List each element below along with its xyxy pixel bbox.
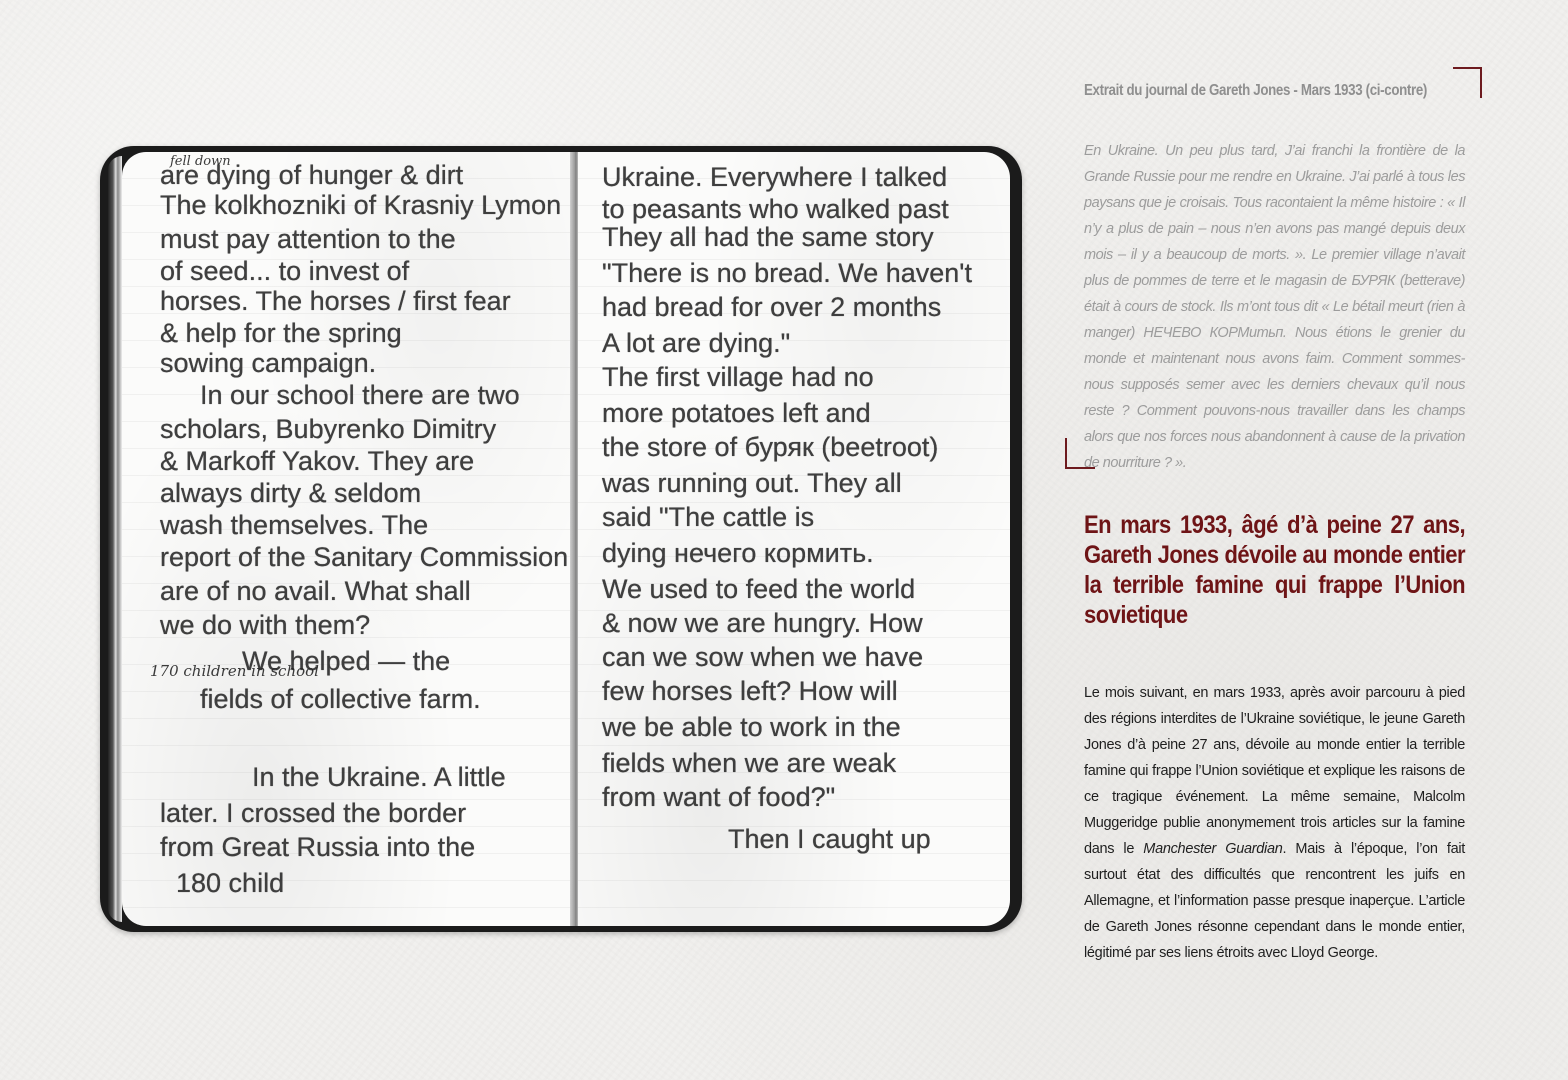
handwritten-line: sowing campaign. — [122, 348, 574, 379]
handwritten-line: are of no avail. What shall — [122, 576, 574, 607]
handwritten-line: we be able to work in the — [578, 712, 1010, 743]
handwritten-line: Ukraine. Everywhere I talked — [578, 162, 1010, 193]
handwritten-line: of seed... to invest of — [122, 256, 574, 287]
handwritten-line: can we sow when we have — [578, 642, 1010, 673]
handwritten-line: The first village had no — [578, 362, 1010, 393]
handwritten-line: always dirty & seldom — [122, 478, 574, 509]
handwritten-line: from want of food?" — [578, 782, 1010, 813]
handwritten-line: dying нечего кормить. — [578, 538, 1010, 569]
handwritten-line: In the Ukraine. A little — [122, 762, 574, 793]
newspaper-title: Manchester Guardian — [1143, 841, 1282, 857]
handwritten-line: wash themselves. The — [122, 510, 574, 541]
handwritten-line: few horses left? How will — [578, 676, 1010, 707]
journal-quote-text: En Ukraine. Un peu plus tard, J’ai franc… — [1084, 138, 1465, 476]
handwritten-line: to peasants who walked past — [578, 194, 1010, 225]
handwritten-line: was running out. They all — [578, 468, 1010, 499]
handwritten-line: They all had the same story — [578, 222, 1010, 253]
handwritten-line: we do with them? — [122, 610, 574, 641]
handwritten-line: later. I crossed the border — [122, 798, 574, 829]
article-headline: En mars 1933, âgé d’à peine 27 ans, Gare… — [1084, 510, 1465, 630]
notebook-page-edges — [108, 156, 122, 922]
handwritten-line: said "The cattle is — [578, 502, 1010, 533]
handwritten-line: A lot are dying." — [578, 328, 1010, 359]
handwritten-line: & now we are hungry. How — [578, 608, 1010, 639]
article-body-part2: . Mais à l’époque, l’on fait surtout éta… — [1084, 841, 1465, 961]
handwritten-line: are dying of hunger & dirt — [122, 160, 574, 191]
handwritten-line: We used to feed the world — [578, 574, 1010, 605]
handwritten-line: had bread for over 2 months — [578, 292, 1010, 323]
handwritten-line: The kolkhozniki of Krasniy Lymon — [122, 190, 574, 221]
article-body-part1: Le mois suivant, en mars 1933, après avo… — [1084, 685, 1465, 857]
handwritten-line: report of the Sanitary Commission — [122, 542, 574, 573]
handwritten-line: & help for the spring — [122, 318, 574, 349]
journal-quote: En Ukraine. Un peu plus tard, J’ai franc… — [1084, 138, 1465, 476]
handwritten-line: the store of буряк (beetroot) — [578, 432, 1010, 463]
excerpt-caption: Extrait du journal de Gareth Jones - Mar… — [1084, 82, 1411, 100]
handwritten-line: more potatoes left and — [578, 398, 1010, 429]
handwritten-line: In our school there are two — [122, 380, 574, 411]
handwritten-line: 180 child — [122, 868, 574, 899]
corner-bracket-bottom-left — [1065, 438, 1095, 469]
handwritten-line: fields of collective farm. — [122, 684, 574, 715]
handwritten-line: & Markoff Yakov. They are — [122, 446, 574, 477]
corner-bracket-top-right — [1453, 67, 1482, 98]
handwritten-line: Then I caught up — [578, 824, 1010, 855]
notebook-right-page: Ukraine. Everywhere I talked to peasants… — [578, 152, 1010, 926]
notebook-left-page: fell down are dying of hunger & dirt The… — [122, 152, 574, 926]
handwritten-line: must pay attention to the — [122, 224, 574, 255]
article-body: Le mois suivant, en mars 1933, après avo… — [1084, 680, 1465, 966]
handwritten-line: fields when we are weak — [578, 748, 1010, 779]
handwritten-line: "There is no bread. We haven't — [578, 258, 1010, 289]
handwritten-line: scholars, Bubyrenko Dimitry — [122, 414, 574, 445]
notebook-photo: fell down are dying of hunger & dirt The… — [100, 146, 1022, 932]
handwritten-line: from Great Russia into the — [122, 832, 574, 863]
handwritten-line: We helped — the — [122, 646, 574, 677]
handwritten-line: horses. The horses / first fear — [122, 286, 574, 317]
article-headline-text: En mars 1933, âgé d’à peine 27 ans, Gare… — [1084, 510, 1465, 630]
